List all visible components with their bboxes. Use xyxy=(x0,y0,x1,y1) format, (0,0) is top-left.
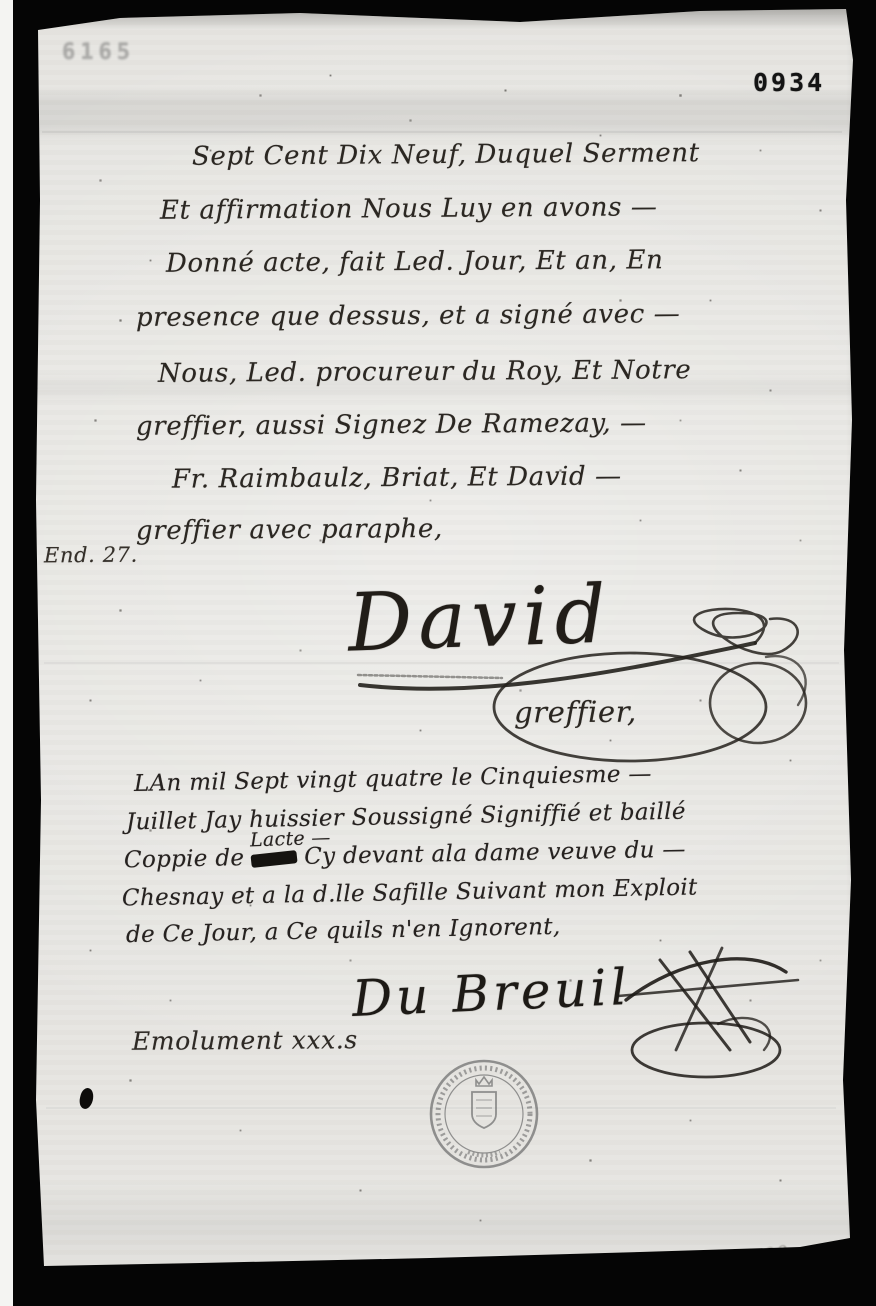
service-note-segment: Cy devant ala dame veuve du — xyxy=(304,837,686,870)
manuscript-line: Et affirmation Nous Luy en avons — xyxy=(160,192,658,225)
manuscript-line: Sept Cent Dix Neuf, Duquel Serment xyxy=(192,138,700,172)
manuscript-line: presence que dessus, et a signé avec — xyxy=(136,299,680,333)
service-note-line: LAn mil Sept vingt quatre le Cinquiesme … xyxy=(134,761,652,797)
service-note-line: Juillet Jay huissier Soussigné Signiffié… xyxy=(126,799,686,836)
bailiff-paraph-flourish xyxy=(618,938,808,1088)
struck-out-word xyxy=(251,850,298,868)
manuscript-line: Fr. Raimbaulz, Briat, Et David — xyxy=(172,461,622,494)
manuscript-line: Nous, Led. procureur du Roy, Et Notre xyxy=(158,355,692,389)
margin-note: End. 27. xyxy=(44,543,138,568)
manuscript-page: 6165 0934 Sept Cent Dix Neuf, Duquel Ser… xyxy=(0,0,876,1306)
clerk-signature-title: greffier, xyxy=(514,695,637,730)
manuscript-line: greffier avec paraphe, xyxy=(136,514,443,546)
service-note-line: Chesnay et a la d.lle Safille Suivant mo… xyxy=(122,874,698,911)
service-note-line: de Ce Jour, a Ce quils n'en Ignorent, xyxy=(126,914,561,948)
fee-note: Emolument xxx.s xyxy=(132,1025,358,1056)
manuscript-line: Donné acte, fait Led. Jour, Et an, En xyxy=(166,245,664,278)
manuscript-line: greffier, aussi Signez De Ramezay, — xyxy=(136,408,647,442)
crown-icon xyxy=(476,1077,492,1086)
shield-icon xyxy=(472,1092,496,1128)
service-note-line: Coppie deCy devant ala dame veuve du — xyxy=(124,837,686,874)
signature-flourish xyxy=(330,555,830,785)
bottom-corner-mark: 90 xyxy=(761,1240,790,1267)
archive-seal xyxy=(426,1056,542,1172)
paper-crease xyxy=(42,131,842,133)
page-number-stamp-faint: 6165 xyxy=(62,40,135,65)
bailiff-signature: Du Breuil xyxy=(351,958,632,1028)
page-number-stamp: 0934 xyxy=(753,68,825,97)
scanner-background-strip xyxy=(0,0,13,1306)
service-note-segment: Coppie de xyxy=(124,845,245,873)
